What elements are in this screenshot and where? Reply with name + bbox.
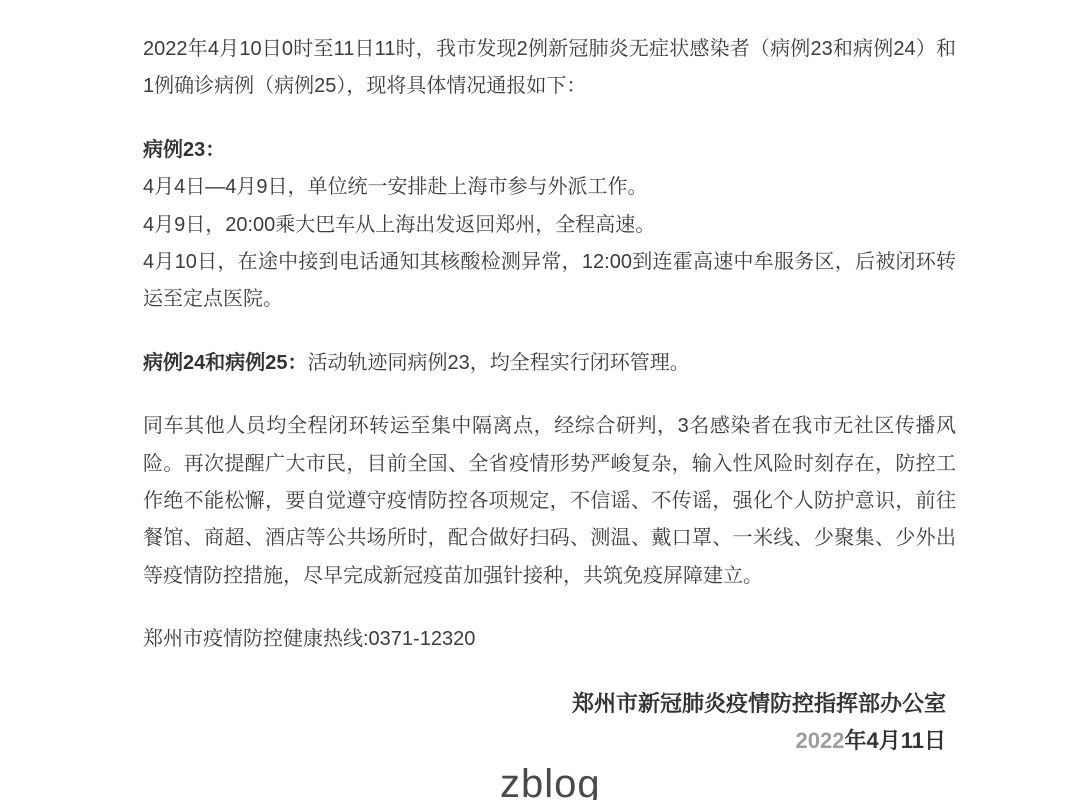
case24-25-heading: 病例24和病例25：: [143, 352, 308, 374]
case23-heading: 病例23：: [143, 132, 956, 169]
signature-date-year: 2022: [796, 728, 845, 753]
case23-line-3: 4月10日，在途中接到电话通知其核酸检测异常，12:00到连霍高速中牟服务区，后…: [143, 244, 956, 319]
signature-date: 2022年4月11日: [143, 722, 956, 759]
signature-office: 郑州市新冠肺炎疫情防控指挥部办公室: [143, 685, 956, 722]
notice-page: 2022年4月10日0时至11日11时，我市发现2例新冠肺炎无症状感染者（病例2…: [0, 0, 1079, 800]
signature-date-rest: 年4月11日: [845, 728, 947, 753]
case23-line-1: 4月4日—4月9日，单位统一安排赴上海市参与外派工作。: [143, 169, 956, 206]
intro-paragraph: 2022年4月10日0时至11日11时，我市发现2例新冠肺炎无症状感染者（病例2…: [143, 31, 956, 106]
case24-25-paragraph: 病例24和病例25：活动轨迹同病例23，均全程实行闭环管理。: [143, 345, 956, 382]
case23-line-2: 4月9日，20:00乘大巴车从上海出发返回郑州，全程高速。: [143, 207, 956, 244]
notice-body: 2022年4月10日0时至11日11时，我市发现2例新冠肺炎无症状感染者（病例2…: [143, 31, 956, 760]
case24-25-text: 活动轨迹同病例23，均全程实行闭环管理。: [308, 352, 690, 374]
advisory-paragraph: 同车其他人员均全程闭环转运至集中隔离点，经综合研判，3名感染者在我市无社区传播风…: [143, 408, 956, 595]
hotline-line: 郑州市疫情防控健康热线:0371-12320: [143, 621, 956, 658]
zblog-watermark: zblog: [500, 760, 601, 800]
